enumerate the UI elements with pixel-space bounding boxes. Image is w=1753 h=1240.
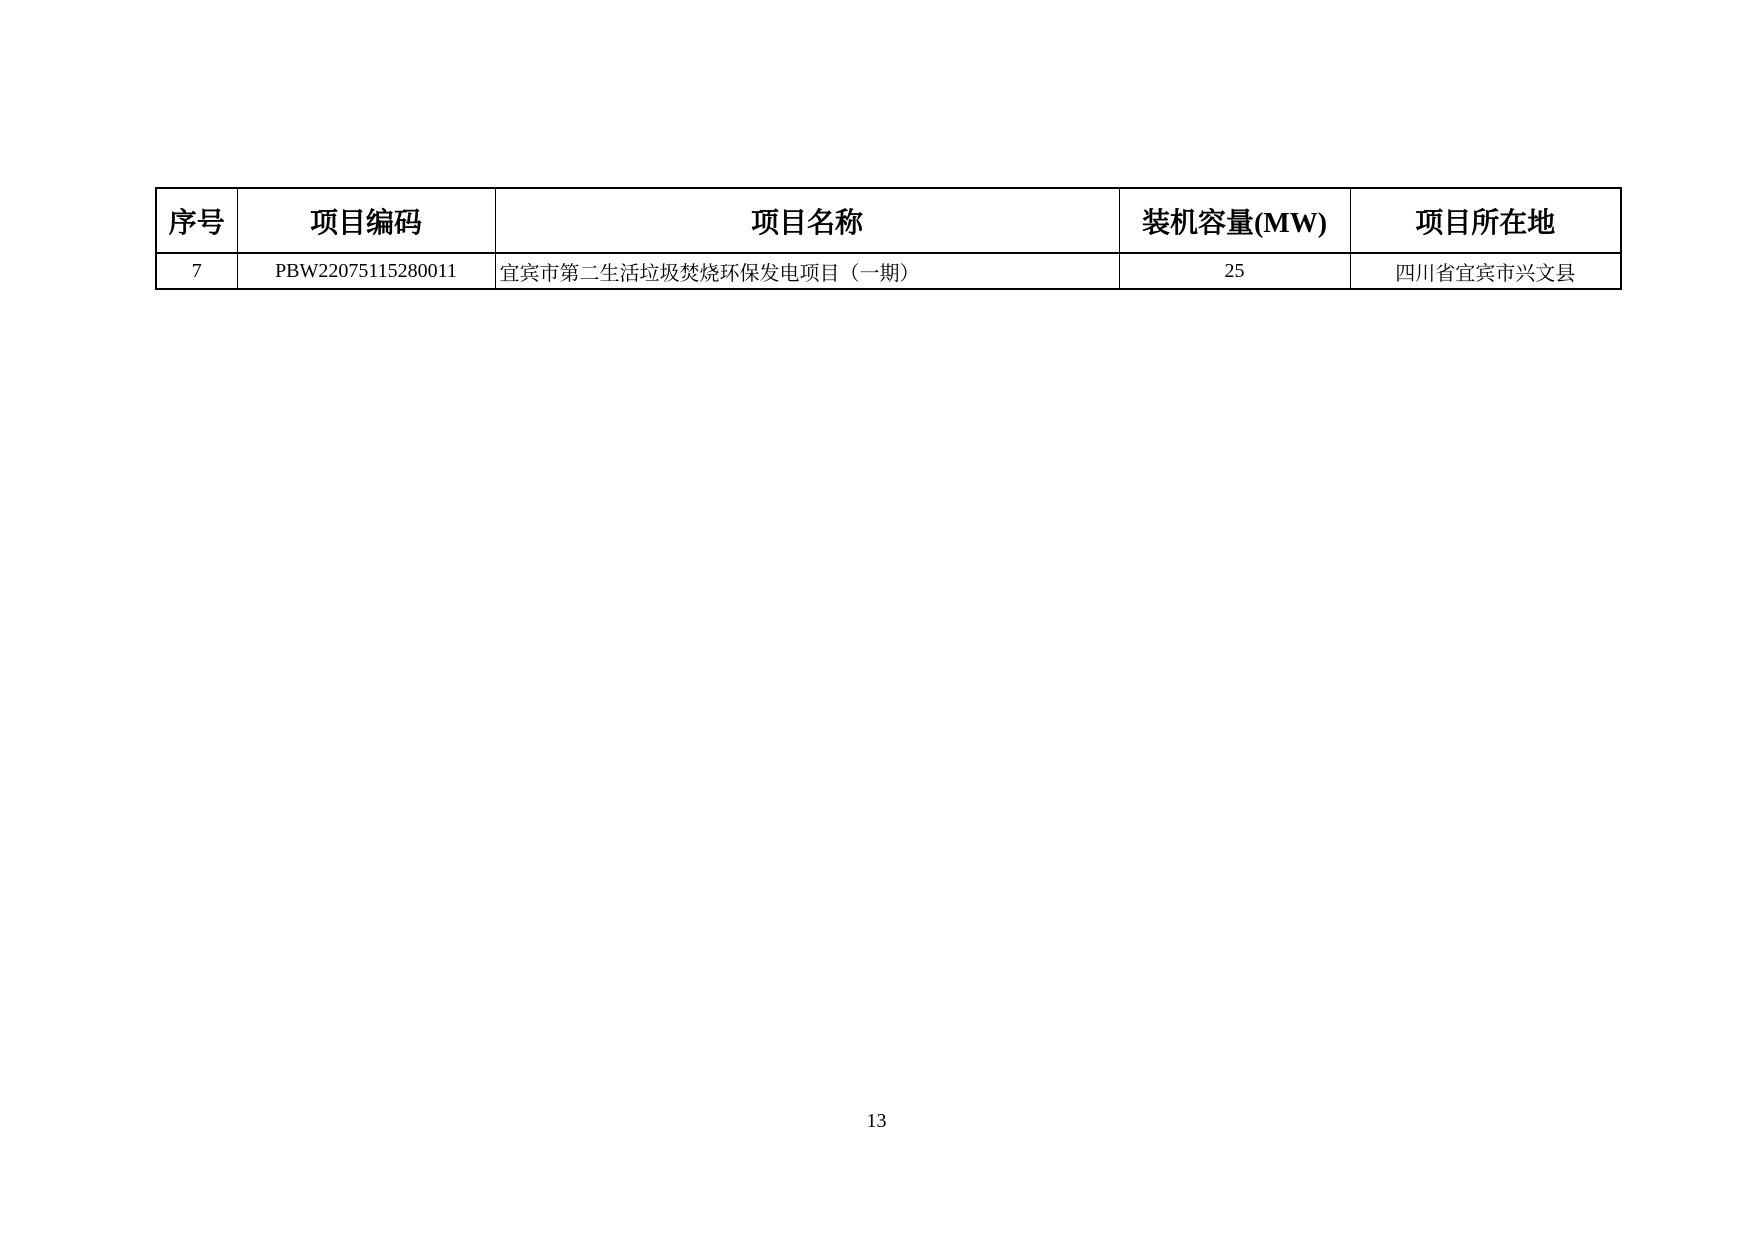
col-header-name: 项目名称 <box>495 188 1119 253</box>
page-number: 13 <box>0 1110 1753 1133</box>
document-page: 序号 项目编码 项目名称 装机容量(MW) 项目所在地 7 PBW2207511… <box>0 0 1753 1240</box>
cell-index: 7 <box>156 253 237 289</box>
cell-location: 四川省宜宾市兴文县 <box>1350 253 1621 289</box>
col-header-location: 项目所在地 <box>1350 188 1621 253</box>
table-header-row: 序号 项目编码 项目名称 装机容量(MW) 项目所在地 <box>156 188 1621 253</box>
cell-code: PBW22075115280011 <box>237 253 495 289</box>
col-header-code: 项目编码 <box>237 188 495 253</box>
col-header-index: 序号 <box>156 188 237 253</box>
project-table: 序号 项目编码 项目名称 装机容量(MW) 项目所在地 7 PBW2207511… <box>155 187 1622 290</box>
cell-name: 宜宾市第二生活垃圾焚烧环保发电项目（一期） <box>495 253 1119 289</box>
cell-capacity: 25 <box>1119 253 1350 289</box>
col-header-capacity: 装机容量(MW) <box>1119 188 1350 253</box>
table-row: 7 PBW22075115280011 宜宾市第二生活垃圾焚烧环保发电项目（一期… <box>156 253 1621 289</box>
